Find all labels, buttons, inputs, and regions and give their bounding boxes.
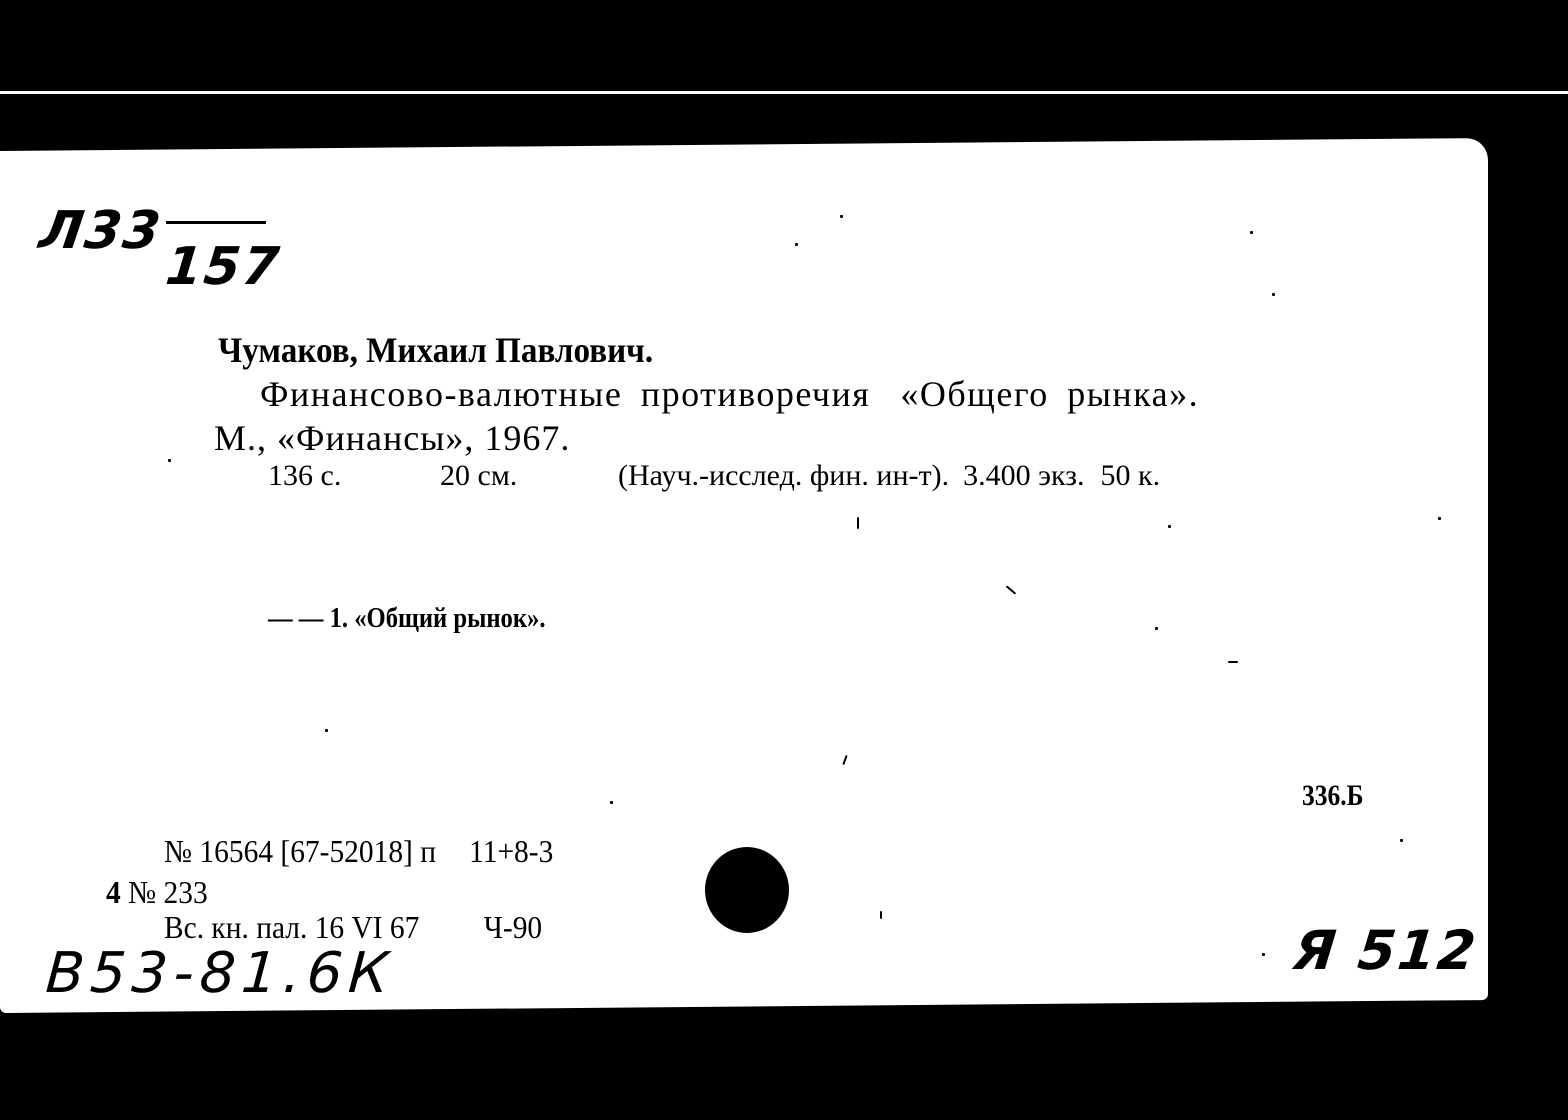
page-count: 136 с. bbox=[268, 459, 440, 493]
book-title: Финансово-валютные противоречия«Общего р… bbox=[260, 373, 1199, 415]
shelf-mark-bottom: 157 bbox=[163, 237, 284, 297]
scan-speck bbox=[842, 755, 847, 765]
title-part-2: «Общего рынка». bbox=[900, 374, 1199, 414]
record-number-line: № 16564 [67-52018] п11+8-3 bbox=[164, 833, 553, 870]
scan-speck bbox=[1228, 661, 1238, 663]
subject-heading: — — 1. «Общий рынок». bbox=[268, 603, 546, 635]
author-heading: Чумаков, Михаил Павлович. bbox=[218, 329, 653, 371]
chamber-code: Ч-90 bbox=[484, 909, 542, 945]
scan-speck bbox=[880, 911, 882, 919]
scan-speck bbox=[1438, 517, 1441, 520]
scan-border-line bbox=[0, 91, 1568, 94]
scan-speck bbox=[795, 243, 798, 246]
scan-speck bbox=[1262, 953, 1265, 956]
scan-speck bbox=[1006, 585, 1016, 594]
price: 50 к. bbox=[1101, 459, 1161, 493]
scan-speck bbox=[1155, 627, 1158, 630]
book-size: 20 см. bbox=[440, 459, 618, 493]
order-number-line: 4 № 233 bbox=[106, 874, 208, 911]
collation: 136 с. 20 см. (Науч.-исслед. фин. ин-т).… bbox=[268, 459, 1160, 493]
scan-speck bbox=[1272, 293, 1275, 296]
shelf-mark-top: Л33 bbox=[36, 201, 166, 261]
scan-speck bbox=[1400, 839, 1403, 842]
order-number: № 233 bbox=[128, 874, 208, 910]
scan-speck bbox=[1168, 525, 1171, 528]
print-run: 3.400 экз. bbox=[963, 459, 1084, 493]
shelf-mark-fraction-bar bbox=[166, 221, 266, 224]
scan-speck bbox=[1250, 231, 1253, 234]
scan-speck bbox=[325, 729, 328, 732]
catalog-card: Л33 157 Чумаков, Михаил Павлович. Финанс… bbox=[0, 138, 1488, 1013]
title-part-1: Финансово-валютные противоречия bbox=[260, 374, 870, 414]
accession-mark: Я 512 bbox=[1291, 919, 1481, 982]
imprint: М., «Финансы», 1967. bbox=[214, 417, 570, 459]
classification-code: 336.Б bbox=[1302, 779, 1363, 813]
order-prefix: 4 bbox=[106, 874, 121, 910]
punch-hole bbox=[705, 847, 789, 933]
series-note: (Науч.-исслед. фин. ин-т). bbox=[618, 459, 949, 493]
record-code: 11+8-3 bbox=[469, 833, 553, 869]
scan-speck bbox=[168, 459, 171, 462]
inventory-mark: В53-81.6К bbox=[44, 941, 397, 1006]
record-number: № 16564 [67-52018] п bbox=[164, 833, 436, 869]
scan-speck bbox=[610, 801, 613, 804]
chamber-note: Вс. кн. пал. 16 VI 67 bbox=[164, 909, 419, 945]
scan-speck bbox=[840, 215, 843, 218]
scan-speck bbox=[857, 517, 859, 529]
